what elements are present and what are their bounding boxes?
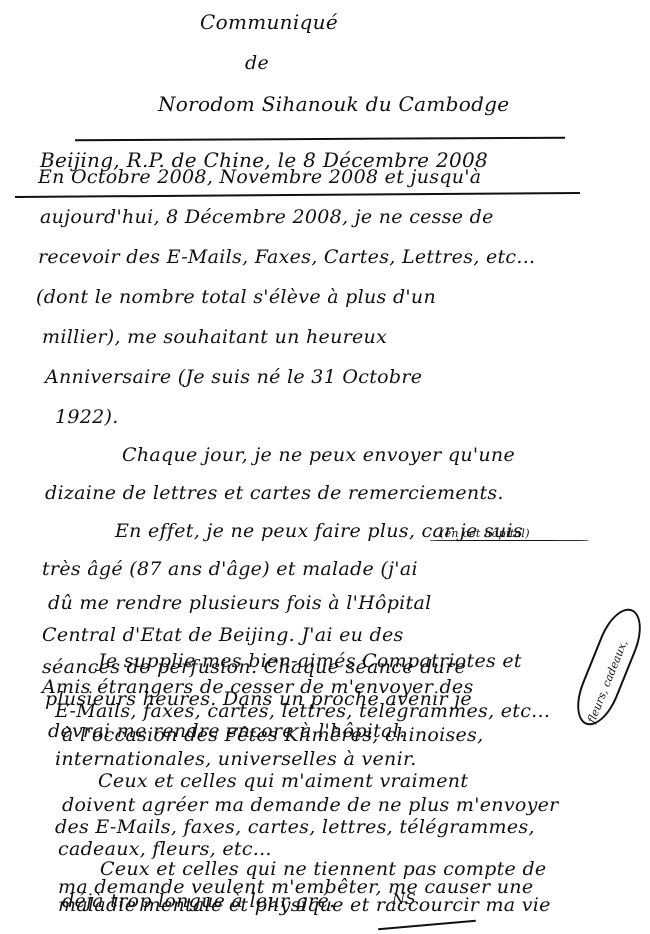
body-line: Central d'Etat de Beijing. J'ai eu des: [42, 624, 404, 646]
body-line: déjà trop longue à leur gré.: [62, 890, 335, 912]
body-line: Je supplie mes bien-aimés Compatriotes e…: [98, 650, 522, 672]
divider-top: [75, 137, 565, 142]
author-name: Norodom Sihanouk du Cambodge: [158, 92, 509, 116]
body-line: dizaine de lettres et cartes de remercie…: [45, 482, 504, 504]
body-line: Chaque jour, je ne peux envoyer qu'une: [122, 444, 515, 466]
insert-note: (en cet hôpital): [440, 527, 530, 540]
body-line: très âgé (87 ans d'âge) et malade (j'ai: [42, 558, 418, 580]
signature: NS: [392, 890, 416, 908]
body-line: doivent agréer ma demande de ne plus m'e…: [62, 794, 559, 816]
body-line: Anniversaire (Je suis né le 31 Octobre: [45, 366, 422, 388]
body-line: dû me rendre plusieurs fois à l'Hôpital: [48, 592, 431, 614]
body-line: Amis étrangers de cesser de m'envoyer de…: [42, 676, 474, 698]
body-line: (dont le nombre total s'élève à plus d'u…: [36, 286, 436, 308]
body-line: En Octobre 2008, Novembre 2008 et jusqu'…: [38, 166, 481, 188]
body-line: internationales, universelles à venir.: [55, 748, 417, 770]
body-line: E-Mails, faxes, cartes, lettres, télégra…: [55, 700, 550, 722]
body-line: aujourd'hui, 8 Décembre 2008, je ne cess…: [40, 206, 494, 228]
body-line: 1922).: [55, 406, 119, 428]
divider-bottom: [15, 192, 580, 198]
body-line: à l'occasion des Fêtes Khmères, chinoise…: [62, 724, 483, 746]
body-line: millier), me souhaitant un heureux: [42, 326, 387, 348]
title: Communiqué: [200, 10, 338, 34]
body-line: Ceux et celles qui m'aiment vraiment: [98, 770, 468, 792]
body-line: recevoir des E-Mails, Faxes, Cartes, Let…: [38, 246, 535, 268]
title-de: de: [245, 52, 269, 74]
body-line: cadeaux, fleurs, etc...: [58, 838, 272, 860]
body-line: des E-Mails, faxes, cartes, lettres, tél…: [55, 816, 535, 838]
signature-underline: [378, 920, 476, 931]
